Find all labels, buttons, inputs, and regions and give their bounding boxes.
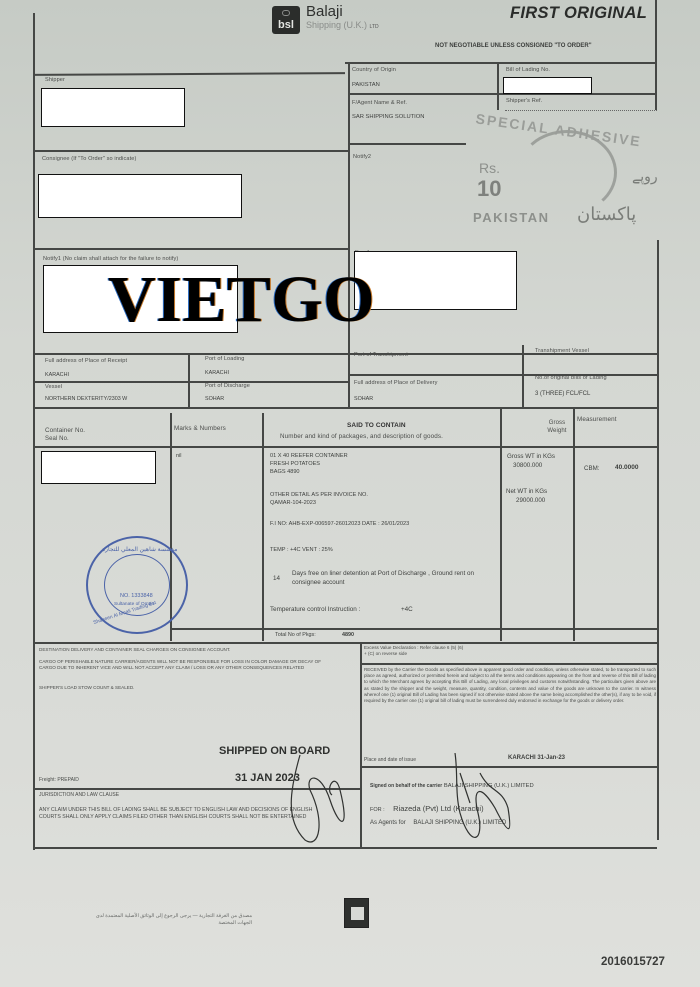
rule-agent-bottom (348, 143, 466, 145)
cbm-label: CBM: (584, 465, 599, 472)
gross-wt-value: 30800.000 (513, 462, 542, 469)
port-of-transhipment-label: Port of Transhipment (354, 352, 408, 358)
place-of-delivery-label: Full address of Place of Delivery (354, 380, 438, 386)
rule-top-left (33, 72, 345, 75)
invoice-reference: OTHER DETAIL AS PER INVOICE NO. QAMAR-10… (270, 491, 368, 507)
free-days-text: Days free on liner detention at Port of … (292, 570, 500, 587)
said-to-contain-label: SAID TO CONTAIN (347, 422, 406, 429)
rule-excess-bottom (360, 663, 657, 665)
goods-line-1: 01 X 40 REEFER CONTAINER (270, 452, 348, 460)
rule-cargo-bottom (33, 642, 657, 644)
place-of-receipt-label: Full address of Place of Receipt (45, 358, 127, 364)
stamp-hole (351, 907, 364, 920)
temp-vent: TEMP : +4C VENT : 25% (270, 547, 333, 553)
col-divider-bottom (360, 642, 362, 847)
transhipment-vessel-label: Transhipment Vessel (535, 348, 589, 354)
place-of-delivery-value: SOHAR (354, 396, 373, 402)
consignee-label: Consignee (If "To Order" so indicate) (42, 156, 136, 162)
vessel-label: Vessel (45, 384, 62, 390)
seal-no-label: Seal No. (45, 436, 69, 442)
goods-line-2: FRESH POTATOES (270, 460, 348, 468)
vessel-value: NORTHERN DEXTERITY/2303 W (45, 396, 127, 402)
container-no-label: Container No. (45, 427, 85, 434)
country-of-origin-value: PAKISTAN (352, 82, 380, 88)
agent-value: SAR SHIPPING SOLUTION (352, 114, 424, 120)
goods-description: 01 X 40 REEFER CONTAINER FRESH POTATOES … (270, 452, 348, 476)
place-date-issue-label: Place and date of issue (364, 757, 416, 764)
freight-terms: Freight: PREPAID (39, 777, 79, 784)
description-label: Number and kind of packages, and descrip… (280, 433, 443, 440)
revenue-stamp: SPECIAL ADHESIVE Rs. 10 روپے PAKISTAN پا… (467, 118, 662, 243)
revenue-stamp-currency: Rs. (479, 160, 500, 176)
free-days-number: 14 (273, 575, 280, 582)
revenue-stamp-country: PAKISTAN (473, 210, 550, 225)
brand-sub-text: Shipping (U.K.) (306, 20, 367, 30)
total-pkgs-value: 4890 (342, 632, 354, 638)
cbm-value: 40.0000 (615, 464, 639, 471)
port-of-discharge-value: SOHAR (205, 396, 224, 402)
logo-text: bsl (278, 19, 294, 31)
shipper-redacted (41, 88, 185, 127)
jurisdiction-title: JURISDICTION AND LAW CLAUSE (39, 792, 119, 799)
original-bills-value: 3 (THREE) FCL/FCL (535, 391, 590, 397)
signature-shipped-icon (280, 750, 360, 850)
marks-value: nil (176, 453, 182, 459)
rule-dotted (505, 110, 657, 111)
net-wt-label: Net WT in KGs (506, 488, 547, 495)
excess-value-clause: Excess Value Declaration : Refer clause … (364, 645, 654, 657)
company-logo: bsl (272, 6, 300, 34)
footer-arabic-notes: مصدق من الغرفة التجارية — يرجى الرجوع إل… (82, 913, 252, 927)
col-divider-measurement (573, 408, 575, 641)
place-of-receipt-value: KARACHI (45, 372, 69, 378)
rule-cargo-header-bottom (33, 446, 657, 448)
port-of-discharge-label: Port of Discharge (205, 383, 250, 389)
invoice-line-2: QAMAR-104-2023 (270, 499, 368, 507)
document-number: 2016015727 (601, 956, 665, 968)
original-bills-label: No.of original bills of Lading (535, 375, 607, 381)
rule-consignee-bottom (33, 248, 348, 250)
bill-of-lading-label: Bill of Lading No. (506, 67, 550, 73)
notify2-redacted (354, 251, 517, 310)
brand-ltd: LTD (370, 24, 379, 30)
for-label: FOR : (370, 807, 385, 813)
goods-line-3: BAGS 4890 (270, 468, 348, 476)
revenue-stamp-urdu-currency: روپے (632, 168, 658, 185)
total-pkgs-label: Total No of Pkgs: (275, 632, 316, 638)
net-wt-value: 29000.000 (516, 497, 545, 504)
port-of-loading-label: Port of Loading (205, 356, 244, 362)
notify2-label: Notify2 (353, 154, 371, 160)
notify1-label: Notify1 (No claim shall attach for the f… (43, 256, 178, 262)
jurisdiction-text: ANY CLAIM UNDER THIS BILL OF LADING SHAL… (39, 807, 314, 821)
revenue-stamp-amount: 10 (477, 176, 501, 202)
gross-wt-label: Gross WT in KGs (507, 453, 555, 460)
shipper-label: Shipper (45, 77, 65, 83)
temp-instruction-label: Temperature control Instruction : (270, 606, 360, 613)
col-divider-bol (497, 62, 499, 110)
agent-label: F/Agent Name & Ref. (352, 100, 407, 106)
attestation-stamp-icon (344, 898, 369, 928)
agents-label: As Agents for (370, 820, 406, 826)
stow-count-clause: SHIPPER'S LOAD STOW COUNT & SEALED. (39, 684, 339, 691)
document-title: FIRST ORIGINAL (510, 4, 647, 23)
shippers-ref-label: Shipper's Ref. (506, 98, 542, 104)
frame-left (33, 13, 35, 850)
brand-name: Balaji (306, 3, 343, 20)
col-divider-routing-3 (522, 345, 524, 408)
seal-arabic-text: مؤسسة شاهين المعلي للتجارة (102, 546, 178, 553)
received-clause: RECEIVED by the Carrier the Goods as spe… (364, 667, 656, 704)
temp-instruction-value: +4C (401, 606, 413, 613)
port-of-loading-value: KARACHI (205, 370, 229, 376)
seal-reg-no: NO. 1333848 (120, 593, 153, 599)
rule-top-right (345, 62, 656, 64)
marks-label: Marks & Numbers (174, 425, 226, 432)
rule-routing-bottom (33, 407, 657, 409)
vietgo-watermark: VIETGO (108, 267, 375, 333)
gross-weight-label: Gross Weight (545, 419, 569, 435)
signed-on-behalf-label: Signed on behalf of the carrier (370, 783, 442, 789)
rule-routing-mid-right (348, 374, 657, 376)
measurement-label: Measurement (577, 416, 617, 423)
consignee-seal-stamp: مؤسسة شاهين المعلي للتجارة NO. 1333848 S… (86, 536, 188, 634)
logo-mark-icon (282, 10, 290, 16)
bill-of-lading-page: bsl Balaji Shipping (U.K.) LTD FIRST ORI… (0, 0, 700, 987)
consignee-redacted (38, 174, 242, 218)
signature-carrier-icon (450, 753, 530, 863)
invoice-line-1: OTHER DETAIL AS PER INVOICE NO. (270, 491, 368, 499)
rule-total-top (170, 628, 657, 630)
col-divider-weight (500, 408, 502, 641)
container-no-redacted (41, 451, 156, 484)
excess-value-line-2: + (C) on reverse side (364, 651, 654, 657)
perishable-clause: CARGO OF PERISHABLE NATURE CARRIER/AGENT… (39, 659, 339, 672)
rule-shipper-bottom (33, 150, 348, 152)
revenue-stamp-urdu-country: پاکستان (577, 204, 636, 225)
negotiability-note: NOT NEGOTIABLE UNLESS CONSIGNED "TO ORDE… (435, 43, 592, 49)
destination-charges-clause: DESTINATION DELIVERY AND CONTAINER SEAL … (39, 646, 357, 653)
col-divider-main (348, 62, 350, 407)
frame-right (657, 240, 659, 840)
bill-of-lading-redacted (503, 77, 592, 94)
brand-subtitle: Shipping (U.K.) LTD (306, 20, 379, 30)
fi-number: F.I NO: AHB-EXP-006597-26012023 DATE : 2… (270, 521, 409, 527)
rule-routing-mid-left (33, 381, 348, 383)
rule-origin-bottom (348, 93, 656, 95)
country-of-origin-label: Country of Origin (352, 67, 396, 73)
